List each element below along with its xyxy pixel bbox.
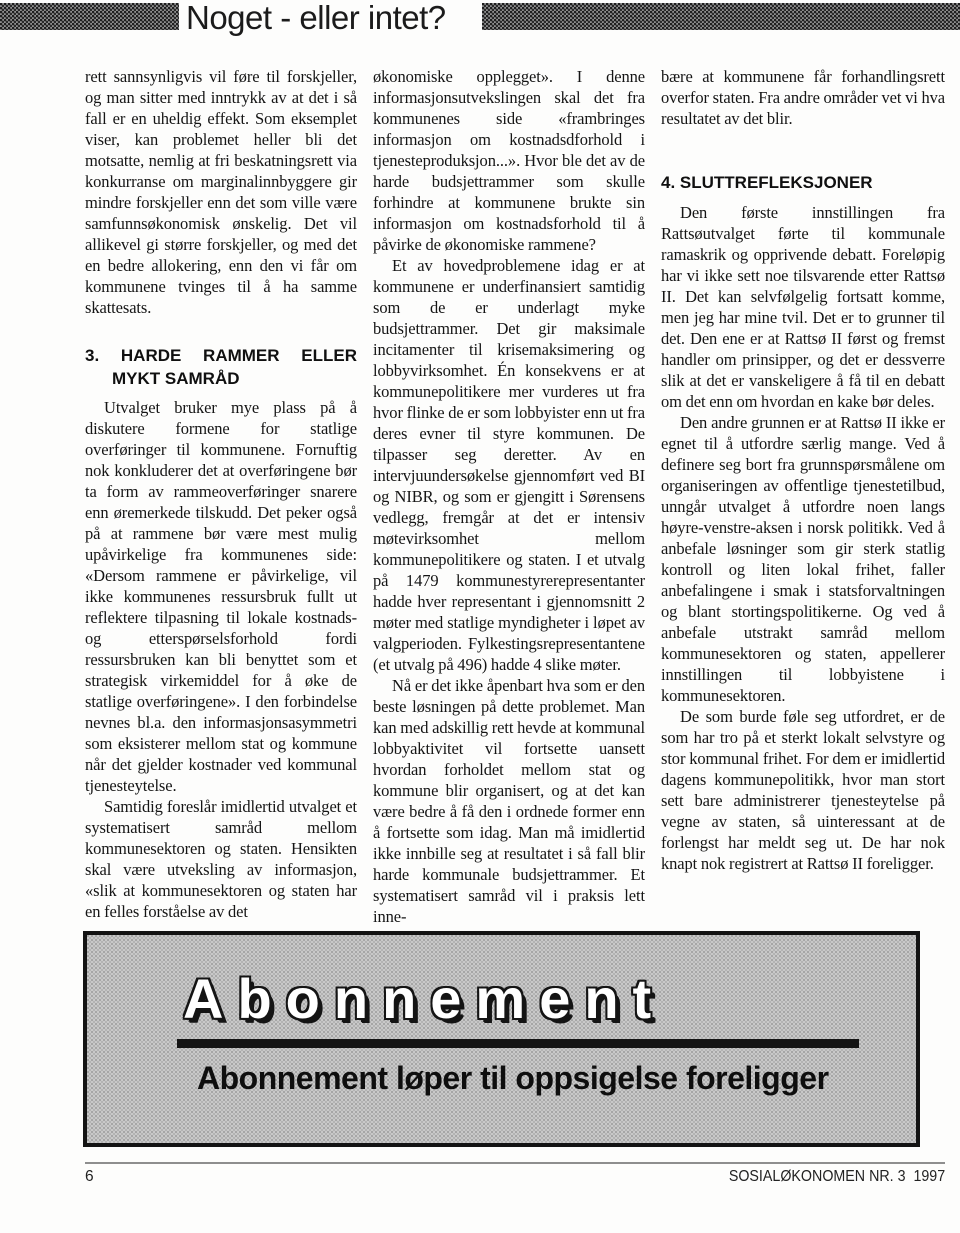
paragraph: bære at kommunene får forhandlingsrett o… <box>661 66 945 129</box>
article-title: Noget - eller intet? <box>186 0 446 37</box>
paragraph: rett sannsynligvis vil føre til forskjel… <box>85 66 357 318</box>
paragraph: Et av hovedproblemene idag er at kommune… <box>373 255 645 675</box>
paragraph: Den første innstillingen fra Rattsøutval… <box>661 202 945 412</box>
section-heading-4: 4. SLUTTREFLEKSJONER <box>661 171 945 194</box>
section-heading-3: 3. HARDE RAMMER ELLER MYKT SAMRÅD <box>85 344 357 390</box>
text-column-2: økonomiske opplegget». I denne informasj… <box>373 66 645 928</box>
ad-subtitle: Abonnement løper til oppsigelse foreligg… <box>197 1059 829 1097</box>
journal-name: SOSIALØKONOMEN NR. 3 1997 <box>729 1168 945 1186</box>
paragraph: Nå er det ikke åpenbart hva som er den b… <box>373 675 645 927</box>
paragraph: Samtidig foreslår imidlertid utvalget et… <box>85 796 357 922</box>
paragraph: De som burde føle seg utfordret, er de s… <box>661 706 945 874</box>
subscription-ad-box: Abonnement Abonnement løper til oppsigel… <box>83 931 920 1147</box>
ad-title: Abonnement <box>183 969 665 1029</box>
ad-underline <box>177 1039 859 1048</box>
paragraph: økonomiske opplegget». I denne informasj… <box>373 66 645 255</box>
footer-divider <box>85 1162 945 1164</box>
header-halftone-bar-left <box>0 3 179 30</box>
article-body: rett sannsynligvis vil føre til forskjel… <box>85 66 945 928</box>
page-number: 6 <box>85 1168 94 1186</box>
text-column-1: rett sannsynligvis vil føre til forskjel… <box>85 66 357 928</box>
page-footer: 6 SOSIALØKONOMEN NR. 3 1997 <box>85 1168 945 1186</box>
text-column-3: bære at kommunene får forhandlingsrett o… <box>661 66 945 928</box>
section-heading-line: MYKT SAMRÅD <box>85 367 357 390</box>
section-heading-line: 3. HARDE RAMMER ELLER <box>85 344 357 367</box>
paragraph: Den andre grunnen er at Rattsø II ikke e… <box>661 412 945 706</box>
journal-page: Noget - eller intet? rett sannsynligvis … <box>0 0 960 1233</box>
header-halftone-bar-right <box>482 3 960 30</box>
paragraph: Utvalget bruker mye plass på å diskutere… <box>85 397 357 796</box>
